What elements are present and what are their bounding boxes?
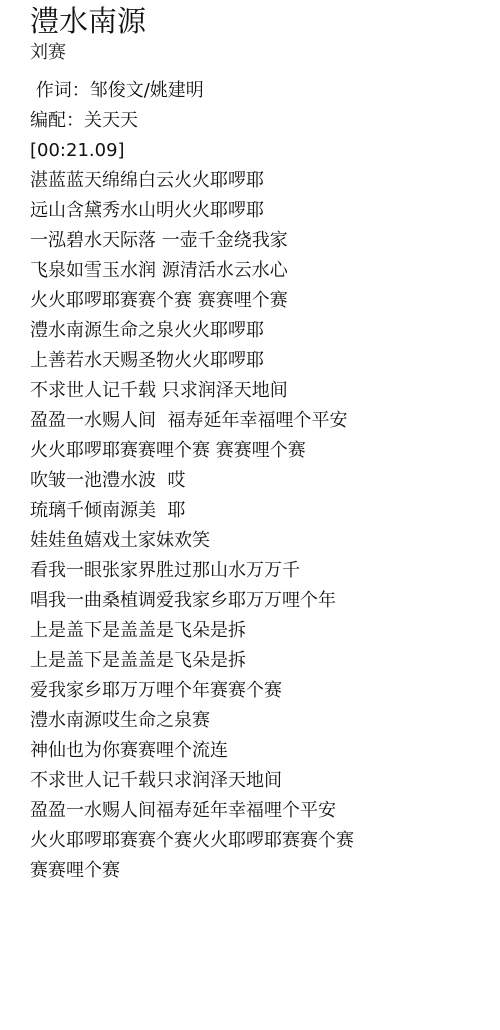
lyric-line: 娃娃鱼嬉戏土家妹欢笑 xyxy=(30,526,500,556)
lyric-line: 爱我家乡耶万万哩个年赛赛个赛 xyxy=(30,676,500,706)
artist-name: 刘赛 xyxy=(30,40,500,66)
lyric-line: 赛赛哩个赛 xyxy=(30,856,500,886)
lyric-line-timestamp: [00:21.09] xyxy=(30,136,500,166)
lyric-line: 盈盈一水赐人间 福寿延年幸福哩个平安 xyxy=(30,406,500,436)
lyric-line: 远山含黛秀水山明火火耶啰耶 xyxy=(30,196,500,226)
lyric-line: 澧水南源生命之泉火火耶啰耶 xyxy=(30,316,500,346)
lyric-line-credit-arranger: 编配：关天天 xyxy=(30,106,500,136)
lyric-line: 看我一眼张家界胜过那山水万万千 xyxy=(30,556,500,586)
lyric-line-credit-lyricist: 作词：邹俊文/姚建明 xyxy=(30,76,500,106)
lyric-line: 唱我一曲桑植调爱我家乡耶万万哩个年 xyxy=(30,586,500,616)
lyric-line: 上是盖下是盖盖是飞朵是拆 xyxy=(30,616,500,646)
lyric-line: 上善若水天赐圣物火火耶啰耶 xyxy=(30,346,500,376)
lyric-line: 一泓碧水天际落 一壶千金绕我家 xyxy=(30,226,500,256)
lyric-line: 火火耶啰耶赛赛哩个赛 赛赛哩个赛 xyxy=(30,436,500,466)
lyric-line: 上是盖下是盖盖是飞朵是拆 xyxy=(30,646,500,676)
lyric-line: 飞泉如雪玉水润 源清活水云水心 xyxy=(30,256,500,286)
lyrics-list: 作词：邹俊文/姚建明 编配：关天天 [00:21.09] 湛蓝蓝天绵绵白云火火耶… xyxy=(30,76,500,886)
lyric-line: 澧水南源哎生命之泉赛 xyxy=(30,706,500,736)
lyric-line: 火火耶啰耶赛赛个赛 赛赛哩个赛 xyxy=(30,286,500,316)
lyric-line: 不求世人记千载只求润泽天地间 xyxy=(30,766,500,796)
lyric-line: 吹皱一池澧水波 哎 xyxy=(30,466,500,496)
song-title: 澧水南源 xyxy=(30,2,500,40)
lyric-line: 琉璃千倾南源美 耶 xyxy=(30,496,500,526)
lyrics-page: 澧水南源 刘赛 作词：邹俊文/姚建明 编配：关天天 [00:21.09] 湛蓝蓝… xyxy=(0,2,500,886)
lyric-line: 盈盈一水赐人间福寿延年幸福哩个平安 xyxy=(30,796,500,826)
lyric-line: 神仙也为你赛赛哩个流连 xyxy=(30,736,500,766)
lyric-line: 不求世人记千载 只求润泽天地间 xyxy=(30,376,500,406)
lyric-line: 湛蓝蓝天绵绵白云火火耶啰耶 xyxy=(30,166,500,196)
lyric-line: 火火耶啰耶赛赛个赛火火耶啰耶赛赛个赛 xyxy=(30,826,500,856)
